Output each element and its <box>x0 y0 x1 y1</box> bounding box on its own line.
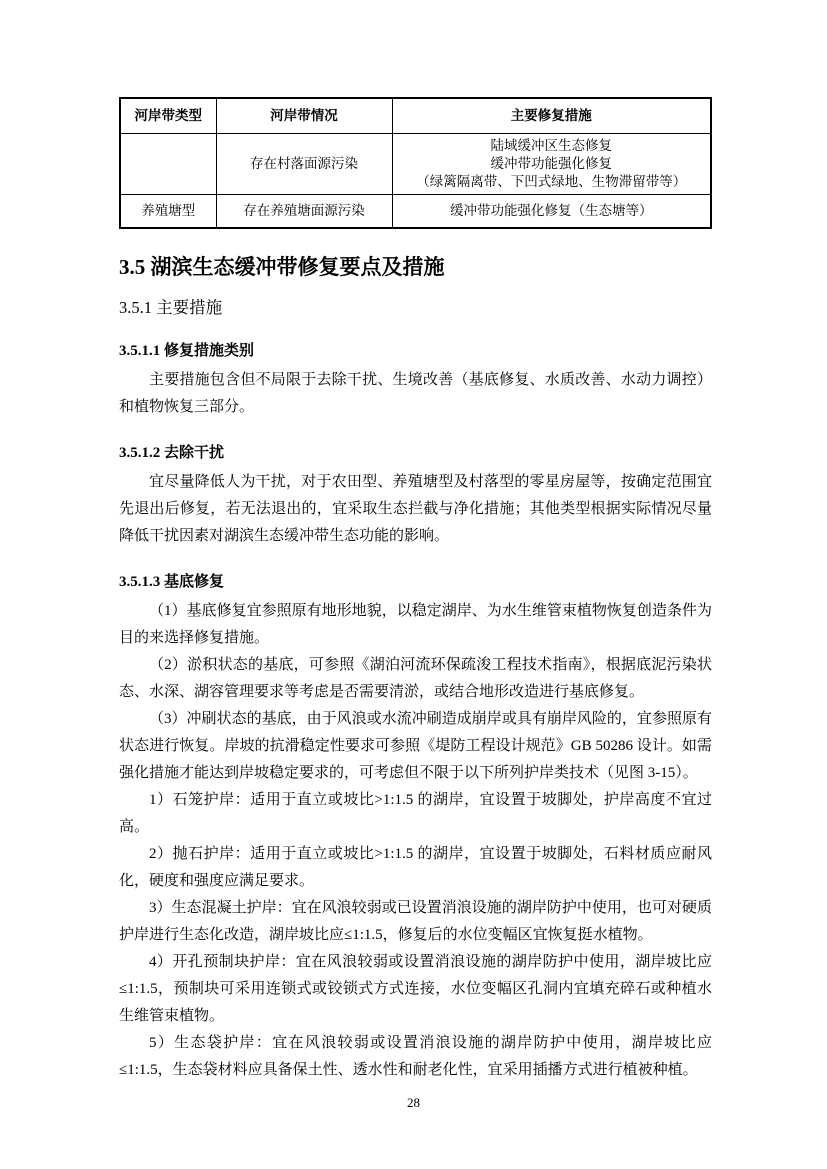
section-heading-3-5: 3.5 湖滨生态缓冲带修复要点及措施 <box>119 253 712 281</box>
section-heading-3-5-1-1: 3.5.1.1 修复措施类别 <box>119 341 712 361</box>
table-header-main-measures: 主要修复措施 <box>392 98 711 134</box>
measure-line: （绿篱隔离带、下凹式绿地、生物滞留带等） <box>397 173 707 191</box>
document-page: 河岸带类型 河岸带情况 主要修复措施 存在村落面源污染 陆域缓冲区生态修复 缓冲… <box>0 0 827 1169</box>
measure-line: 缓冲带功能强化修复 <box>397 155 707 173</box>
table-cell-type <box>120 134 216 195</box>
page-content: 河岸带类型 河岸带情况 主要修复措施 存在村落面源污染 陆域缓冲区生态修复 缓冲… <box>119 97 712 1084</box>
measure-line: 缓冲带功能强化修复（生态塘等） <box>397 202 707 220</box>
table-cell-situation: 存在养殖塘面源污染 <box>216 195 392 229</box>
section-heading-3-5-1-3: 3.5.1.3 基底修复 <box>119 572 712 592</box>
table-header-riparian-situation: 河岸带情况 <box>216 98 392 134</box>
table-cell-measures: 陆域缓冲区生态修复 缓冲带功能强化修复 （绿篱隔离带、下凹式绿地、生物滞留带等） <box>392 134 711 195</box>
list-item-eco-bag-revetment: 5）生态袋护岸：宜在风浪较弱或设置消浪设施的湖岸防护中使用，湖岸坡比应≤1:1.… <box>119 1030 712 1084</box>
section-heading-3-5-1-2: 3.5.1.2 去除干扰 <box>119 443 712 463</box>
list-item-perforated-block-revetment: 4）开孔预制块护岸：宜在风浪较弱或设置消浪设施的湖岸防护中使用，湖岸坡比应≤1:… <box>119 949 712 1030</box>
table-header-row: 河岸带类型 河岸带情况 主要修复措施 <box>120 98 711 134</box>
list-item-gabion-revetment: 1）石笼护岸：适用于直立或坡比>1:1.5 的湖岸，宜设置于坡脚处，护岸高度不宜… <box>119 787 712 841</box>
measure-line: 陆域缓冲区生态修复 <box>397 137 707 155</box>
table-cell-type: 养殖塘型 <box>120 195 216 229</box>
list-item-eco-concrete-revetment: 3）生态混凝土护岸：宜在风浪较弱或已设置消浪设施的湖岸防护中使用，也可对硬质护岸… <box>119 895 712 949</box>
paragraph-measure-categories: 主要措施包含但不局限于去除干扰、生境改善（基底修复、水质改善、水动力调控）和植物… <box>119 367 712 421</box>
table-cell-measures: 缓冲带功能强化修复（生态塘等） <box>392 195 711 229</box>
paragraph-substrate-3: （3）冲刷状态的基底，由于风浪或水流冲刷造成崩岸或具有崩岸风险的，宜参照原有状态… <box>119 706 712 787</box>
section-heading-3-5-1: 3.5.1 主要措施 <box>119 297 712 319</box>
table-header-riparian-type: 河岸带类型 <box>120 98 216 134</box>
paragraph-remove-disturbance: 宜尽量降低人为干扰，对于农田型、养殖塘型及村落型的零星房屋等，按确定范围宜先退出… <box>119 469 712 550</box>
table-cell-situation: 存在村落面源污染 <box>216 134 392 195</box>
page-number: 28 <box>0 1095 827 1111</box>
paragraph-substrate-1: （1）基底修复宜参照原有地形地貌，以稳定湖岸、为水生维管束植物恢复创造条件为目的… <box>119 598 712 652</box>
paragraph-substrate-2: （2）淤积状态的基底，可参照《湖泊河流环保疏浚工程技术指南》，根据底泥污染状态、… <box>119 652 712 706</box>
table-row: 存在村落面源污染 陆域缓冲区生态修复 缓冲带功能强化修复 （绿篱隔离带、下凹式绿… <box>120 134 711 195</box>
riparian-measures-table: 河岸带类型 河岸带情况 主要修复措施 存在村落面源污染 陆域缓冲区生态修复 缓冲… <box>119 97 712 229</box>
table-row: 养殖塘型 存在养殖塘面源污染 缓冲带功能强化修复（生态塘等） <box>120 195 711 229</box>
list-item-riprap-revetment: 2）抛石护岸：适用于直立或坡比>1:1.5 的湖岸，宜设置于坡脚处，石料材质应耐… <box>119 841 712 895</box>
